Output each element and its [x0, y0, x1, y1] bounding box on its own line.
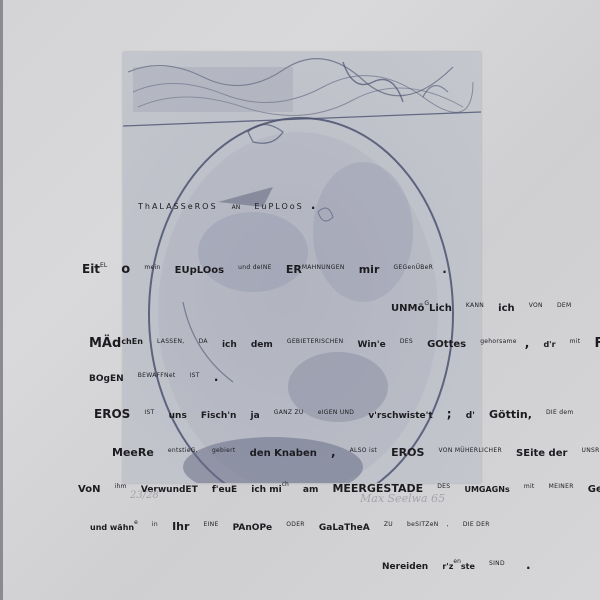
text-line-5: EROS IST uns Fisch'n ja GANZ ZU eIGEN UN… [94, 405, 583, 421]
text-line-title: ThALASSeROS AN EuPLOoS . [138, 196, 315, 212]
word: GANZ ZU [274, 410, 304, 416]
word: mein [144, 265, 160, 271]
word: UNMö [391, 303, 424, 314]
word: den Knaben [250, 449, 317, 459]
text-line-4: BOgEN BEWAFFNet IST . [89, 368, 218, 384]
word: FA [595, 336, 600, 351]
word: LASSEN, [157, 339, 185, 345]
word: SIND [489, 561, 505, 567]
word: d'r [543, 341, 555, 349]
word: mir [359, 264, 380, 275]
word-sup: en [453, 558, 461, 565]
text-line-8: und wähne in Ihr EINE PAnOPe ODER GaLaTh… [90, 517, 499, 533]
word: DA [199, 339, 208, 345]
paper-edge [0, 0, 3, 600]
word: GEGenÜBeR [393, 265, 433, 271]
word: Ihr [172, 521, 189, 532]
period: . [311, 198, 316, 212]
word: DES [400, 339, 413, 345]
word: VON [529, 303, 543, 309]
word: gehorsame [480, 339, 516, 345]
word: BEWAFFNet [138, 373, 176, 379]
word: ODER [286, 522, 305, 528]
word: ThALASSeROS [138, 203, 218, 211]
period: . [526, 558, 531, 572]
word: beSITZeN [407, 522, 438, 528]
artist-signature: Max Seelwa 65 [360, 492, 445, 505]
word: mit [524, 484, 535, 490]
word: ALSO ist [350, 448, 377, 454]
word: f'euE [212, 486, 237, 495]
word: ZU [384, 522, 393, 528]
word: o [121, 263, 130, 276]
word: UMGAGNs [464, 486, 509, 494]
word: VoN [78, 485, 100, 495]
word: ihm [115, 484, 127, 490]
word: , [331, 446, 336, 458]
word: und wähn [90, 523, 134, 532]
word: in [152, 522, 158, 528]
text-line-6: MeeRe entstieG, gebiert den Knaben , ALS… [112, 443, 600, 459]
word: ; [447, 408, 452, 420]
word: EUpLOos [175, 266, 224, 276]
word: IST [144, 410, 154, 416]
word-sup: EL [100, 263, 107, 269]
word: GEBIETERISCHEN [287, 339, 344, 345]
word: DIE DER [463, 522, 490, 528]
period: . [214, 370, 219, 384]
word: Eit [82, 262, 100, 276]
word: DEM [557, 303, 572, 309]
word: MeeRe [112, 447, 154, 458]
word: Geliebten [588, 485, 600, 495]
word: eIGEN UND [318, 410, 355, 416]
word: uns [169, 412, 187, 421]
word: BOgEN [89, 375, 124, 384]
word: , [525, 337, 530, 349]
word: MÄd [89, 336, 121, 351]
word: , [447, 522, 449, 528]
word: DES [437, 484, 450, 490]
word: gebiert [212, 448, 236, 454]
word: d' [466, 412, 475, 421]
word: entstieG, [168, 448, 198, 454]
word: SEite der [516, 449, 567, 459]
period: . [442, 262, 447, 276]
word: Nereiden [382, 563, 428, 572]
word: MEINER [549, 484, 574, 490]
word: DIE dem [546, 410, 574, 416]
word: Lich [429, 304, 452, 314]
word: am [303, 486, 318, 495]
word: chEn [121, 338, 143, 346]
word: KANN [466, 303, 484, 309]
word: AN [232, 205, 241, 211]
word: IST [190, 373, 200, 379]
text-line-3: MÄdchEn LASSEN, DA ich dem GEBIETERISCHE… [89, 334, 600, 350]
word: r'z [442, 562, 453, 571]
word: ER [286, 263, 302, 276]
word: mit [570, 339, 581, 345]
word: ste [461, 563, 475, 571]
word: EROS [94, 408, 130, 420]
word-sup: e [134, 520, 138, 526]
word: ich mi [251, 485, 281, 495]
text-line-9: Nereiden r'zenste SIND . [382, 556, 531, 572]
word: GaLaTheA [319, 524, 370, 533]
word: EuPLOoS [254, 203, 303, 211]
word: MAHNUNGEN [302, 265, 345, 271]
word: Fisch'n [201, 412, 237, 421]
word: GOttes [427, 340, 466, 350]
word: PAnOPe [233, 524, 273, 533]
text-line-1: EitEL o mein EUpLOos und deINE ERMAHNUNG… [82, 260, 447, 276]
word: ja [250, 412, 259, 421]
word: EROS [391, 447, 424, 458]
word: Göttin, [489, 409, 532, 420]
word: EINE [204, 522, 219, 528]
word: UNSRIGE [582, 448, 600, 454]
edition-number: 23/28 [130, 490, 159, 501]
word: dem [251, 341, 273, 350]
word: ich [222, 341, 237, 350]
word: v'rschwiste't [368, 412, 432, 421]
word: ich [498, 304, 514, 314]
word: Win'e [358, 341, 386, 350]
text-line-2: UNMöGLich KANN ich VON DEM [391, 298, 580, 314]
word-sup: ch [282, 482, 289, 488]
word: und deINE [238, 265, 272, 271]
word: VON MÜHERLICHER [439, 448, 502, 454]
